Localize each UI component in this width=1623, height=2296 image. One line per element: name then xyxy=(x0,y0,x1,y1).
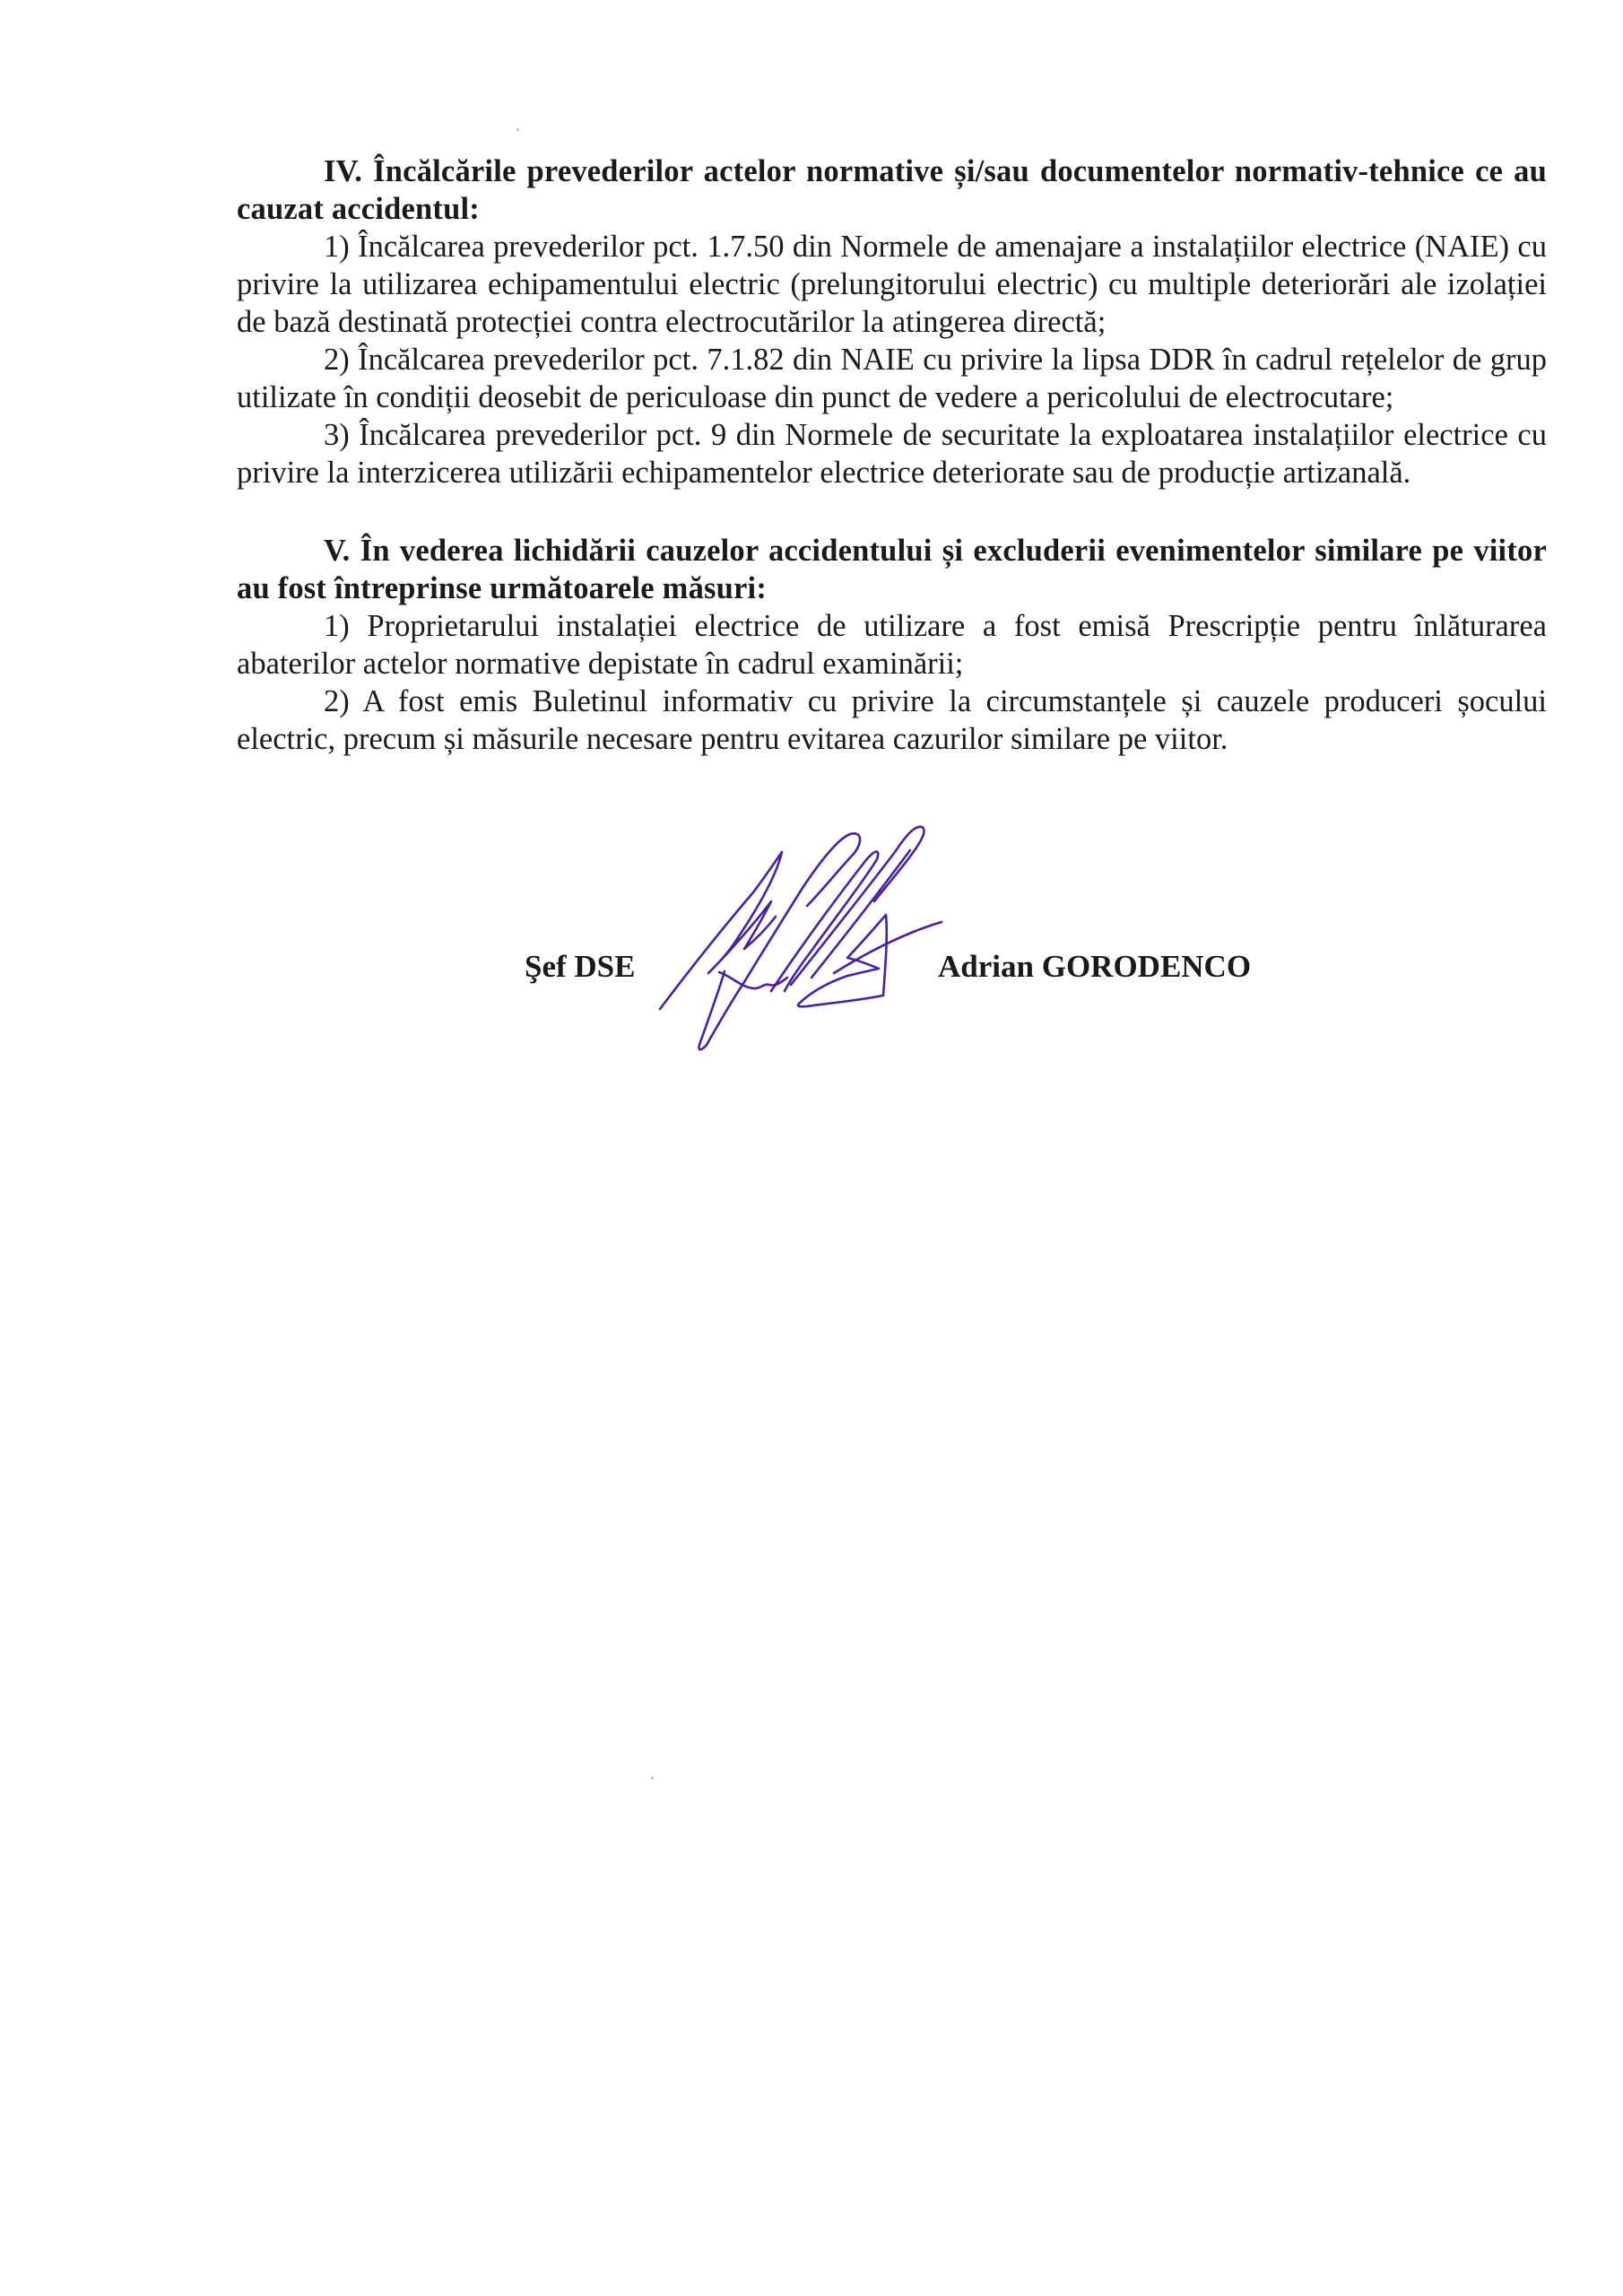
list-item: 1) Încălcarea prevederilor pct. 1.7.50 d… xyxy=(237,228,1547,341)
list-item: 2) Încălcarea prevederilor pct. 7.1.82 d… xyxy=(237,341,1547,416)
list-item: 2) A fost emis Buletinul informativ cu p… xyxy=(237,683,1547,758)
list-item: 3) Încălcarea prevederilor pct. 9 din No… xyxy=(237,416,1547,491)
handwritten-signature-icon xyxy=(655,816,995,1076)
section-heading: V. În vederea lichidării cauzelor accide… xyxy=(237,532,1547,607)
scan-artifact xyxy=(651,1777,654,1779)
list-item: 1) Proprietarului instalației electrice … xyxy=(237,607,1547,683)
section-v: V. În vederea lichidării cauzelor accide… xyxy=(237,532,1547,758)
document-body: IV. Încălcările prevederilor actelor nor… xyxy=(237,152,1547,758)
section-heading: IV. Încălcările prevederilor actelor nor… xyxy=(237,152,1547,228)
scan-artifact xyxy=(516,128,519,131)
document-page: IV. Încălcările prevederilor actelor nor… xyxy=(0,0,1623,2296)
signatory-role: Şef DSE xyxy=(525,948,636,986)
signatory-name: Adrian GORODENCO xyxy=(938,948,1251,986)
section-iv: IV. Încălcările prevederilor actelor nor… xyxy=(237,152,1547,491)
